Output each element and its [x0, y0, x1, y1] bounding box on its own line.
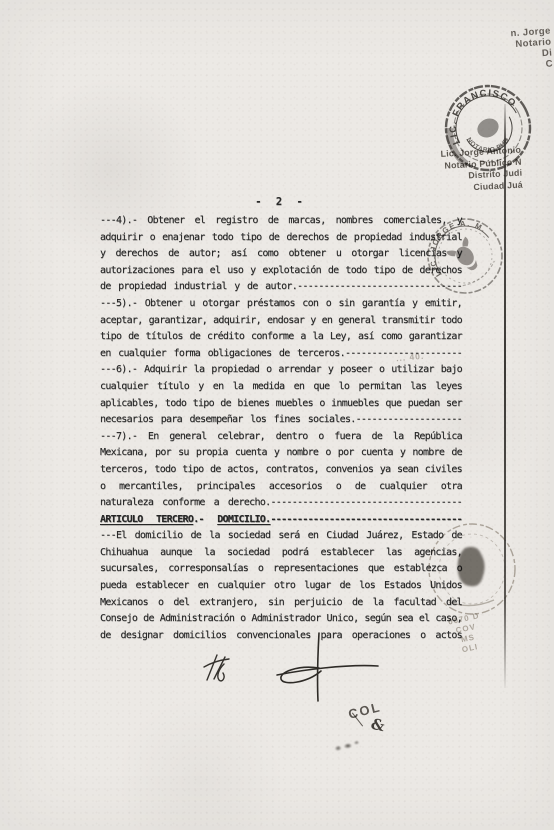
document-line: aplicables, todo tipo de bienes muebles … — [100, 396, 462, 413]
ink-blot — [458, 547, 485, 586]
document-line: aceptar, garantizar, adquirir, endosar y… — [100, 313, 462, 330]
document-line: pueda establecer en cualquier otro lugar… — [100, 578, 462, 595]
document-text-block: ---4).- Obtener el registro de marcas, n… — [100, 213, 462, 644]
document-line: o mercantiles, principales accesorios o … — [100, 479, 462, 496]
document-line: ---El domicilio de la sociedad será en C… — [100, 528, 462, 545]
article-heading-line: ARTICULO TERCERO.- DOMICILIO.-----------… — [100, 512, 462, 529]
document-line: autorizaciones para el uso y explotación… — [100, 263, 462, 280]
notary-seal-bottom-icon — [423, 520, 525, 622]
eagle-emblem-icon — [446, 236, 485, 276]
document-line: Consejo de Administración o Administrado… — [100, 611, 462, 628]
document-line: Chihuahua aunque la sociedad podrá estab… — [100, 545, 462, 562]
document-line: sucursales, corresponsalías o representa… — [100, 561, 462, 578]
document-line: naturaleza conforme a derecho.----------… — [100, 495, 462, 512]
document-line: ---4).- Obtener el registro de marcas, n… — [100, 213, 462, 230]
page-fold-line — [504, 104, 506, 688]
document-line: de propiedad industrial y de autor.-----… — [100, 279, 462, 296]
document-line: ---6).- Adquirir la propiedad o arrendar… — [100, 362, 462, 379]
svg-text:LIC. FRANCISCO: LIC. FRANCISCO — [436, 74, 523, 147]
ink-smudge — [330, 738, 363, 755]
document-line: tipo de títulos de crédito conforme a la… — [100, 329, 462, 346]
ampersand-mark: & — [369, 715, 386, 735]
handwritten-initials — [202, 652, 232, 686]
notary-seal-mid-icon: LIC. JORGE A. M. — [419, 208, 513, 306]
scanned-document-page: - 2 - ---4).- Obtener el registro de mar… — [0, 0, 554, 830]
document-line: ---5).- Obtener u otorgar préstamos con … — [100, 296, 462, 313]
document-line: adquirir o enajenar todo tipo de derecho… — [100, 230, 462, 247]
document-line: y derechos de autor; así como obtener u … — [100, 246, 462, 263]
document-line: Mexicanos o del extranjero, sin perjuici… — [100, 595, 462, 612]
signature-flourish — [274, 631, 382, 707]
document-line: Mexicana, por su propia cuenta y nombre … — [100, 445, 462, 462]
notary-name-stamp: Lic. Jorge AntonioNotario Público NDistr… — [429, 145, 523, 196]
page-number: - 2 - — [100, 196, 462, 208]
document-line: terceros, todo tipo de actos, contratos,… — [100, 462, 462, 479]
document-line: necesarios para desempeñar los fines soc… — [100, 412, 462, 429]
document-line: ---7).- En general celebrar, dentro o fu… — [100, 429, 462, 446]
document-line: cualquier título y en la medida en que l… — [100, 379, 462, 396]
